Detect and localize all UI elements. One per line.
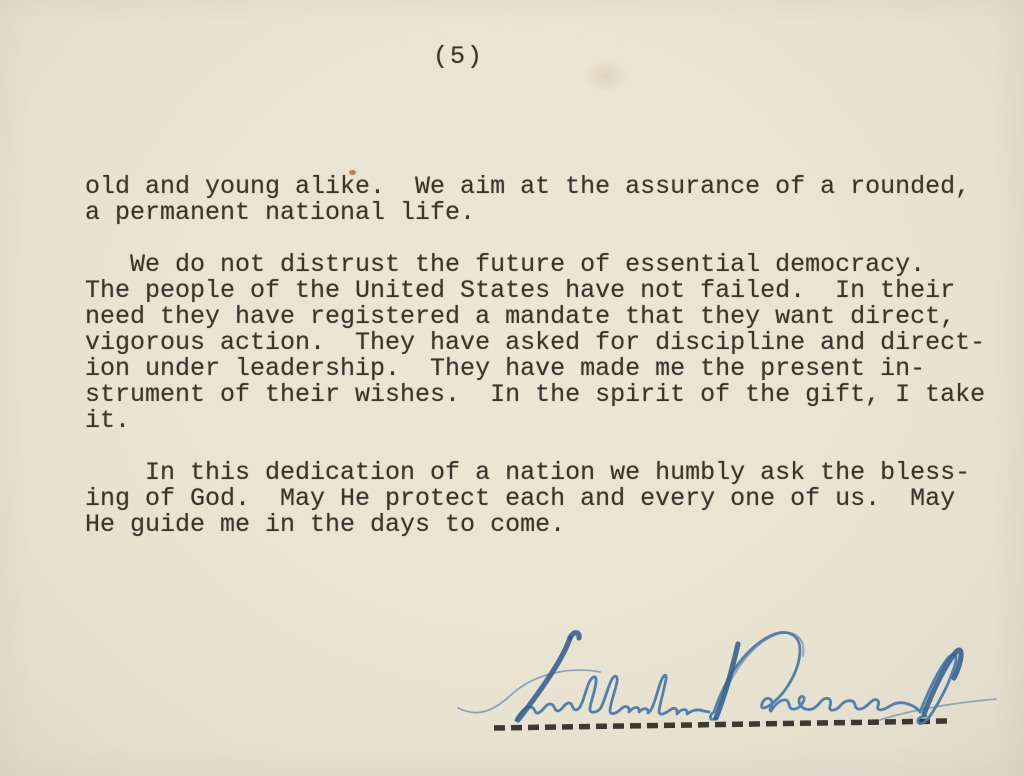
paragraph-3: In this dedication of a nation we humbly… — [85, 460, 1004, 538]
text-line: old and young alike. We aim at the assur… — [85, 174, 1004, 200]
text-line: a permanent national life. — [85, 200, 1004, 226]
typewritten-text: old and young alike. We aim at the assur… — [85, 174, 1004, 564]
page-number: (5) — [433, 42, 484, 71]
text-line: ing of God. May He protect each and ever… — [85, 486, 1004, 512]
signature — [428, 612, 1003, 742]
paragraph-2: We do not distrust the future of essenti… — [85, 252, 1004, 434]
text-line: In this dedication of a nation we humbly… — [85, 460, 1004, 486]
paper-sheet: (5) old and young alike. We aim at the a… — [0, 0, 1024, 776]
text-line: vigorous action. They have asked for dis… — [85, 330, 1004, 356]
signature-hook-f — [570, 633, 579, 638]
text-line: ion under leadership. They have made me … — [85, 356, 1004, 382]
text-line: The people of the United States have not… — [85, 278, 1004, 304]
text-line: strument of their wishes. In the spirit … — [85, 382, 1004, 408]
text-line: He guide me in the days to come. — [85, 512, 1004, 538]
signature-stem-d — [716, 644, 738, 718]
signature-body-roosevelt — [710, 632, 920, 719]
text-line: We do not distrust the future of essenti… — [85, 252, 1004, 278]
text-line: it. — [85, 408, 1004, 434]
paper-stain-smudge — [583, 60, 629, 92]
signature-underline-dashes — [494, 721, 948, 728]
signature-block — [428, 612, 1003, 742]
paragraph-1: old and young alike. We aim at the assur… — [85, 174, 1004, 226]
text-line: need they have registered a mandate that… — [85, 304, 1004, 330]
